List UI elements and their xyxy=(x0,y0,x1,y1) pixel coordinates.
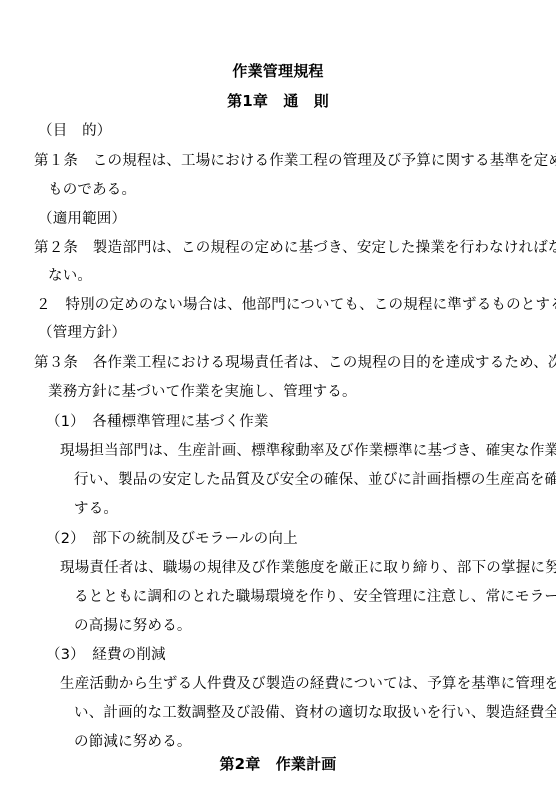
chapter-2-heading: 第2章 作業計画 xyxy=(0,755,556,773)
section-heading-scope: （適用範囲） xyxy=(38,210,126,228)
item-3-line-1: 生産活動から生ずる人件費及び製造の経費については、予算を基準に管理を行 xyxy=(60,675,556,693)
article-3-cont: 業務方針に基づいて作業を実施し、管理する。 xyxy=(48,383,357,401)
section-heading-policy: （管理方針） xyxy=(38,324,126,342)
article-1-cont: ものである。 xyxy=(48,181,136,199)
item-3-label: （3） 経費の削減 xyxy=(46,646,166,664)
article-2-cont: ない。 xyxy=(48,267,92,285)
item-3-line-3: の節減に努める。 xyxy=(74,733,192,751)
article-2-paragraph-2: ２ 特別の定めのない場合は、他部門についても、この規程に準ずるものとする。 xyxy=(36,296,556,314)
item-2-line-1: 現場責任者は、職場の規律及び作業態度を厳正に取り締り、部下の掌握に努め xyxy=(60,559,556,577)
article-2: 第２条 製造部門は、この規程の定めに基づき、安定した操業を行わなければなら xyxy=(34,239,556,257)
item-3-line-2: い、計画的な工数調整及び設備、資材の適切な取扱いを行い、製造経費全体 xyxy=(74,704,556,722)
item-1-line-3: する。 xyxy=(74,500,118,518)
article-3: 第３条 各作業工程における現場責任者は、この規程の目的を達成するため、次の xyxy=(34,354,556,372)
item-1-line-2: 行い、製品の安定した品質及び安全の確保、並びに計画指標の生産高を確保 xyxy=(74,471,556,489)
item-2-line-2: るとともに調和のとれた職場環境を作り、安全管理に注意し、常にモラール xyxy=(74,588,556,606)
section-heading-purpose: （目 的） xyxy=(38,122,112,140)
chapter-1-heading: 第1章 通 則 xyxy=(0,92,556,110)
item-2-label: （2） 部下の統制及びモラールの向上 xyxy=(46,530,298,548)
item-2-line-3: の高揚に努める。 xyxy=(74,617,192,635)
item-1-line-1: 現場担当部門は、生産計画、標準稼動率及び作業標準に基づき、確実な作業を xyxy=(60,442,556,460)
item-1-label: （1） 各種標準管理に基づく作業 xyxy=(46,413,269,431)
document-title: 作業管理規程 xyxy=(0,62,556,80)
article-1: 第１条 この規程は、工場における作業工程の管理及び予算に関する基準を定めた xyxy=(34,152,556,170)
